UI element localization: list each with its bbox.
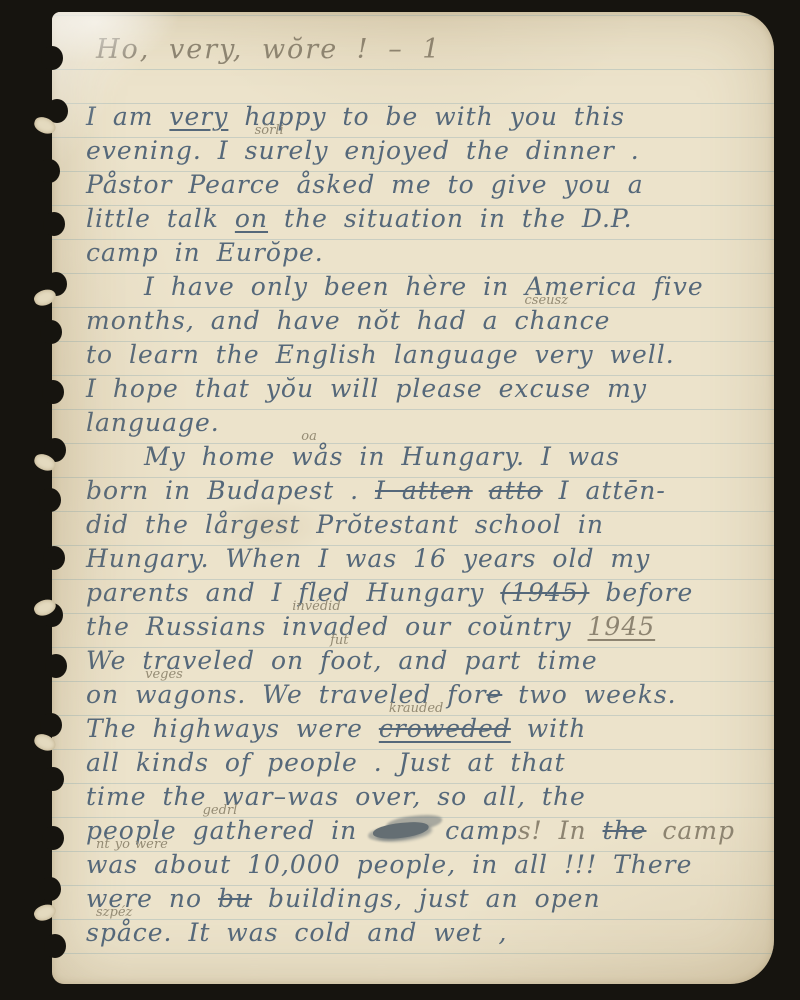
letter-line: months, and have nŏt had a chancecseusz [86, 304, 774, 338]
handwritten-text: little talk [86, 204, 235, 233]
handwritten-text: , and part time [373, 646, 597, 675]
handwritten-text [473, 476, 489, 505]
letter-line: I am very happy to be with you this [86, 100, 774, 134]
handwritten-text: time the war–was over, so all, the [86, 782, 586, 811]
handwritten-text: in [315, 816, 373, 845]
letter-line: wasnt yo were about 10,000 people, in al… [86, 848, 774, 882]
pencil-annotation: fut [330, 634, 348, 647]
handwritten-text: . It was cold and wet , [164, 918, 508, 947]
letter-line: people gatheredgedrl in camps! In the ca… [86, 814, 774, 848]
handwritten-text: I am [86, 102, 169, 131]
handwritten-text: I attēn- [543, 476, 666, 505]
letter-line: I have only been hère in America five [86, 270, 774, 304]
letter-line: did the lårgest Prŏtestant school in [86, 508, 774, 542]
handwritten-text: happy to be with you this [228, 102, 625, 131]
handwritten-text: gatheredgedrl [193, 816, 316, 845]
pencil-annotation: gedrl [203, 804, 238, 817]
letter-line: Hungary. When I was 16 years old my [86, 542, 774, 576]
handwritten-text: camp in Eurŏpe. [86, 238, 324, 267]
letter-line: to learn the English language very well. [86, 338, 774, 372]
handwritten-text: e [487, 680, 503, 709]
handwritten-text: before [589, 578, 693, 607]
handwritten-text: wagonsveges [135, 680, 237, 709]
handwritten-text: our coŭntry [389, 612, 587, 641]
handwritten-text: language. [86, 408, 220, 437]
handwritten-text: Hungary. When I was 16 years old my [86, 544, 650, 573]
handwritten-text: born in Budapest . [86, 476, 375, 505]
handwritten-text: I have only been hère in America five [144, 272, 704, 301]
pencil-annotation: szpéz [96, 906, 132, 919]
letter-line: evening. I surelysörli enjoyed the dinne… [86, 134, 774, 168]
handwritten-text: months, and have nŏt had a [86, 306, 515, 335]
pencil-header-note: Ho, very, wŏre ! – 1 [96, 34, 441, 65]
handwritten-text: two weeks. [502, 680, 676, 709]
handwritten-text: . We traveled for [237, 680, 486, 709]
pencil-annotation: veges [145, 668, 183, 681]
letter-paper: Ho, very, wŏre ! – 1 I am very happy to … [52, 12, 774, 984]
letter-line: We traveled on footfut, and part time [86, 644, 774, 678]
handwritten-text: In [543, 816, 603, 845]
handwritten-text: chancecseusz [515, 306, 611, 335]
letter-line: parents and I fled Hungary (1945) before [86, 576, 774, 610]
handwritten-text: in Hungary. I was [343, 442, 620, 471]
handwritten-text: the Russians [86, 612, 282, 641]
pencil-annotation: oa [301, 430, 317, 443]
letter-line: language. [86, 406, 774, 440]
handwritten-text: did the lårgest Prŏtestant school in [86, 510, 604, 539]
handwritten-text: We traveled on [86, 646, 320, 675]
handwritten-text: about 10,000 people, in all !!! There [138, 850, 692, 879]
handwritten-text: to learn the English language very well. [86, 340, 675, 369]
letter-line: all kinds of people . Just at that [86, 746, 774, 780]
pencil-annotation: krauded [389, 702, 444, 715]
handwritten-text: very [169, 102, 228, 131]
letter-line: camp in Eurŏpe. [86, 236, 774, 270]
pencil-annotation: invédid [292, 600, 340, 613]
handwritten-text: camp [429, 816, 518, 845]
handwritten-text: evening. I [86, 136, 245, 165]
letter-line: Påstor Pearce åsked me to give you a [86, 168, 774, 202]
handwritten-text: the situation in the D.P. [268, 204, 633, 233]
pencil-annotation: sörli [255, 124, 284, 137]
handwritten-text: footfut [320, 646, 373, 675]
ink-blot [372, 821, 429, 841]
handwritten-text: I atten [375, 476, 473, 505]
letter-line: little talk on the situation in the D.P. [86, 202, 774, 236]
handwritten-text: I hope that yŏu will please excuse my [86, 374, 647, 403]
handwritten-text: atto [489, 476, 543, 505]
handwritten-text: all kinds of people . Just at that [86, 748, 566, 777]
letter-line: spåceszpéz. It was cold and wet , [86, 916, 774, 950]
letter-body: I am very happy to be with you thiseveni… [86, 100, 774, 950]
letter-line: the Russians invadedinvédid our coŭntry … [86, 610, 774, 644]
handwritten-text: bu [218, 884, 252, 913]
handwritten-text: with [511, 714, 587, 743]
letter-line: The highways were crowededkrauded with [86, 712, 774, 746]
handwritten-text: on [235, 204, 268, 233]
handwritten-text: enjoyed the dinner . [328, 136, 639, 165]
handwritten-text: The highways were [86, 714, 379, 743]
handwritten-text: Påstor Pearce åsked me to give you a [86, 170, 644, 199]
handwritten-text: wåsoa [291, 442, 343, 471]
handwritten-text: surelysörli [245, 136, 329, 165]
handwritten-text: spåceszpéz [86, 918, 164, 947]
pencil-annotation: cseusz [525, 294, 569, 307]
letter-line: born in Budapest . I atten atto I attēn- [86, 474, 774, 508]
handwritten-text: 1945 [588, 612, 656, 641]
handwritten-text: (1945) [500, 578, 589, 607]
handwritten-text: s! [518, 816, 543, 845]
handwritten-text: on [86, 680, 135, 709]
handwritten-text: buildings, just an open [252, 884, 600, 913]
handwritten-text: the [603, 816, 647, 845]
letter-line: time the war–was over, so all, the [86, 780, 774, 814]
letter-line: I hope that yŏu will please excuse my [86, 372, 774, 406]
handwritten-text: My home [144, 442, 291, 471]
letter-line: were no bu buildings, just an open [86, 882, 774, 916]
handwritten-text: crowededkrauded [379, 714, 511, 743]
letter-line: My home wåsoa in Hungary. I was [86, 440, 774, 474]
handwritten-text: camp [646, 816, 735, 845]
handwritten-text: wasnt yo were [86, 850, 138, 879]
